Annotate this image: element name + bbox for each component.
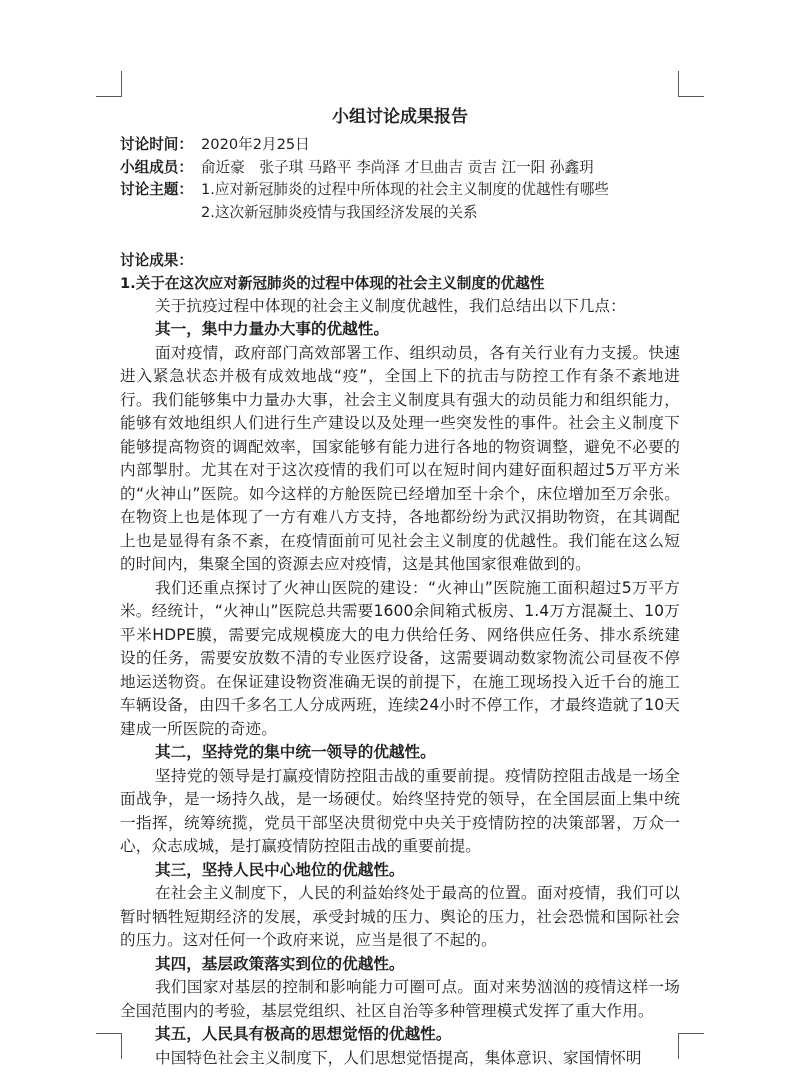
point-1-paragraph: 我们还重点探讨了火神山医院的建设：“火神山”医院施工面积超过5万平方米。经统计，… (120, 577, 680, 742)
point-3-paragraph: 在社会主义制度下，人民的利益始终处于最高的位置。面对疫情，我们可以暂时牺牲短期经… (120, 882, 680, 953)
spacer (120, 225, 680, 249)
document-page: 小组讨论成果报告 讨论时间： 2020年2月25日 小组成员： 俞近豪 张子琪 … (120, 104, 680, 1070)
meta-time: 讨论时间： 2020年2月25日 (120, 134, 680, 157)
meta-time-label: 讨论时间： (120, 134, 201, 157)
results-heading: 讨论成果： (120, 249, 680, 272)
point-1-heading: 其一，集中力量办大事的优越性。 (120, 318, 680, 342)
point-3-heading: 其三，坚持人民中心地位的优越性。 (120, 859, 680, 883)
page-corner-mark-bottom-left (96, 1033, 122, 1059)
meta-members: 小组成员： 俞近豪 张子琪 马路平 李尚泽 才旦曲吉 贡吉 江一阳 孙鑫玥 (120, 157, 680, 180)
point-5-heading: 其五，人民具有极高的思想觉悟的优越性。 (120, 1023, 680, 1047)
section-1-heading: 1.关于在这次应对新冠肺炎的过程中体现的社会主义制度的优越性 (120, 272, 680, 295)
meta-members-value: 俞近豪 张子琪 马路平 李尚泽 才旦曲吉 贡吉 江一阳 孙鑫玥 (201, 157, 594, 180)
meta-topic: 讨论主题： 1.应对新冠肺炎的过程中所体现的社会主义制度的优越性有哪些 2.这次… (120, 179, 680, 224)
meta-topic-item: 1.应对新冠肺炎的过程中所体现的社会主义制度的优越性有哪些 (201, 179, 609, 202)
page-corner-mark-top-left (96, 71, 122, 97)
meta-time-value: 2020年2月25日 (201, 134, 310, 157)
point-4-heading: 其四，基层政策落实到位的优越性。 (120, 953, 680, 977)
point-5-paragraph: 中国特色社会主义制度下，人们思想觉悟提高，集体意识、家国情怀明 (120, 1047, 680, 1071)
document-title: 小组讨论成果报告 (120, 104, 680, 130)
point-4-paragraph: 我们国家对基层的控制和影响能力可圈可点。面对来势汹汹的疫情这样一场全国范围内的考… (120, 976, 680, 1023)
meta-topic-item: 2.这次新冠肺炎疫情与我国经济发展的关系 (201, 202, 609, 225)
page-corner-mark-bottom-right (678, 1033, 704, 1059)
page-corner-mark-top-right (678, 71, 704, 97)
meta-members-label: 小组成员： (120, 157, 201, 180)
meta-topic-label: 讨论主题： (120, 179, 201, 224)
point-2-paragraph: 坚持党的领导是打赢疫情防控阻击战的重要前提。疫情防控阻击战是一场全面战争，是一场… (120, 765, 680, 859)
point-2-heading: 其二，坚持党的集中统一领导的优越性。 (120, 741, 680, 765)
point-1-paragraph: 面对疫情，政府部门高效部署工作、组织动员，各有关行业有力支援。快速进入紧急状态并… (120, 342, 680, 577)
meta-topic-list: 1.应对新冠肺炎的过程中所体现的社会主义制度的优越性有哪些 2.这次新冠肺炎疫情… (201, 179, 609, 224)
intro-paragraph: 关于抗疫过程中体现的社会主义制度优越性，我们总结出以下几点： (120, 295, 680, 319)
